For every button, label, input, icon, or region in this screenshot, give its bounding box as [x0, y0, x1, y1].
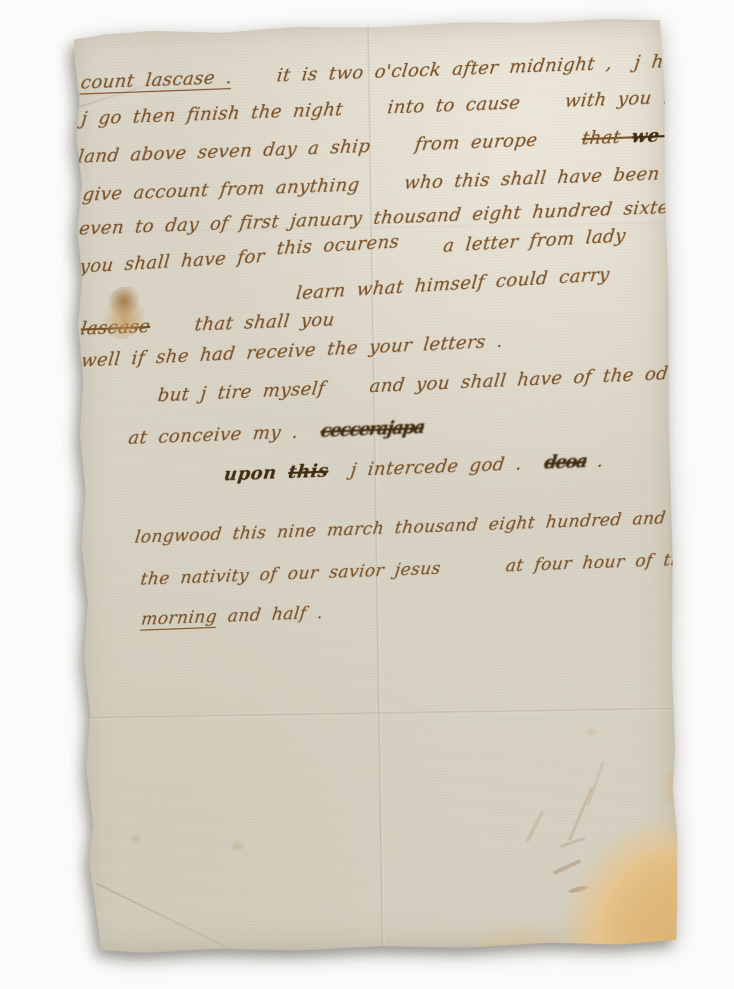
letter-page: count lascase . it is two o'clock after …	[69, 17, 680, 954]
letter-text-segment: give account from anything who this shal…	[81, 163, 661, 205]
letter-line: longwood this nine march thousand eight …	[134, 506, 734, 547]
letter-body: count lascase . it is two o'clock after …	[69, 17, 680, 954]
letter-text-segment: upon	[223, 462, 290, 485]
letter-text-segment: this ocurens	[276, 231, 401, 259]
letter-text-segment: .	[585, 450, 605, 472]
letter-text-segment: j intercede god .	[327, 453, 546, 482]
letter-line: lascase that shall you	[80, 311, 336, 338]
letter-line: morning and half .	[140, 605, 324, 629]
letter-text-segment: deoa	[543, 451, 587, 474]
letter-text-segment: land above seven day a ship from europe	[77, 128, 584, 167]
letter-text-segment: a letter from lady	[398, 225, 627, 259]
letter-text-segment: at conceive my .	[127, 421, 322, 449]
letter-text-segment: longwood this nine march thousand eight …	[134, 504, 734, 548]
letter-text-segment: you shall have for	[79, 245, 278, 277]
letter-line: j go then finish the night into to cause…	[80, 85, 734, 129]
letter-text-segment: count lascase .	[80, 67, 234, 94]
letter-text-segment: ceccerajapa	[319, 417, 425, 442]
letter-line: at conceive my . ceccerajapa	[127, 419, 424, 448]
letter-text-segment: the nativity of our savior jesus at four…	[139, 549, 693, 589]
letter-text-segment: lascase	[80, 316, 152, 340]
paper-sheet: count lascase . it is two o'clock after …	[69, 17, 680, 954]
letter-line: well if she had receive the your letters…	[80, 333, 504, 371]
letter-text-segment: that	[581, 126, 633, 149]
letter-text-segment: this	[287, 461, 330, 484]
letter-text-segment: but j tire myself and you shall have of …	[157, 362, 699, 407]
letter-text-segment: it is two o'clock after midnight , j hav…	[231, 47, 734, 88]
scanned-letter-photo: { "page": { "background_color": "#fcfcfb…	[0, 0, 734, 989]
letter-line: upon this j intercede god . deoa .	[223, 452, 605, 484]
letter-text-segment: we shall	[630, 123, 723, 147]
letter-line: give account from anything who this shal…	[82, 165, 661, 204]
letter-text-segment: and half .	[216, 603, 325, 627]
letter-text-segment: that shall you	[149, 309, 336, 337]
letter-text-segment: morning	[140, 607, 218, 630]
letter-line: land above seven day a ship from europe …	[77, 125, 723, 167]
letter-line: but j tire myself and you shall have of …	[157, 364, 698, 406]
letter-line: the nativity of our savior jesus at four…	[140, 551, 694, 588]
letter-line: count lascase . it is two o'clock after …	[80, 43, 734, 93]
letter-line: learn what himself could carry	[295, 266, 610, 303]
letter-text-segment: learn what himself could carry	[295, 264, 611, 304]
